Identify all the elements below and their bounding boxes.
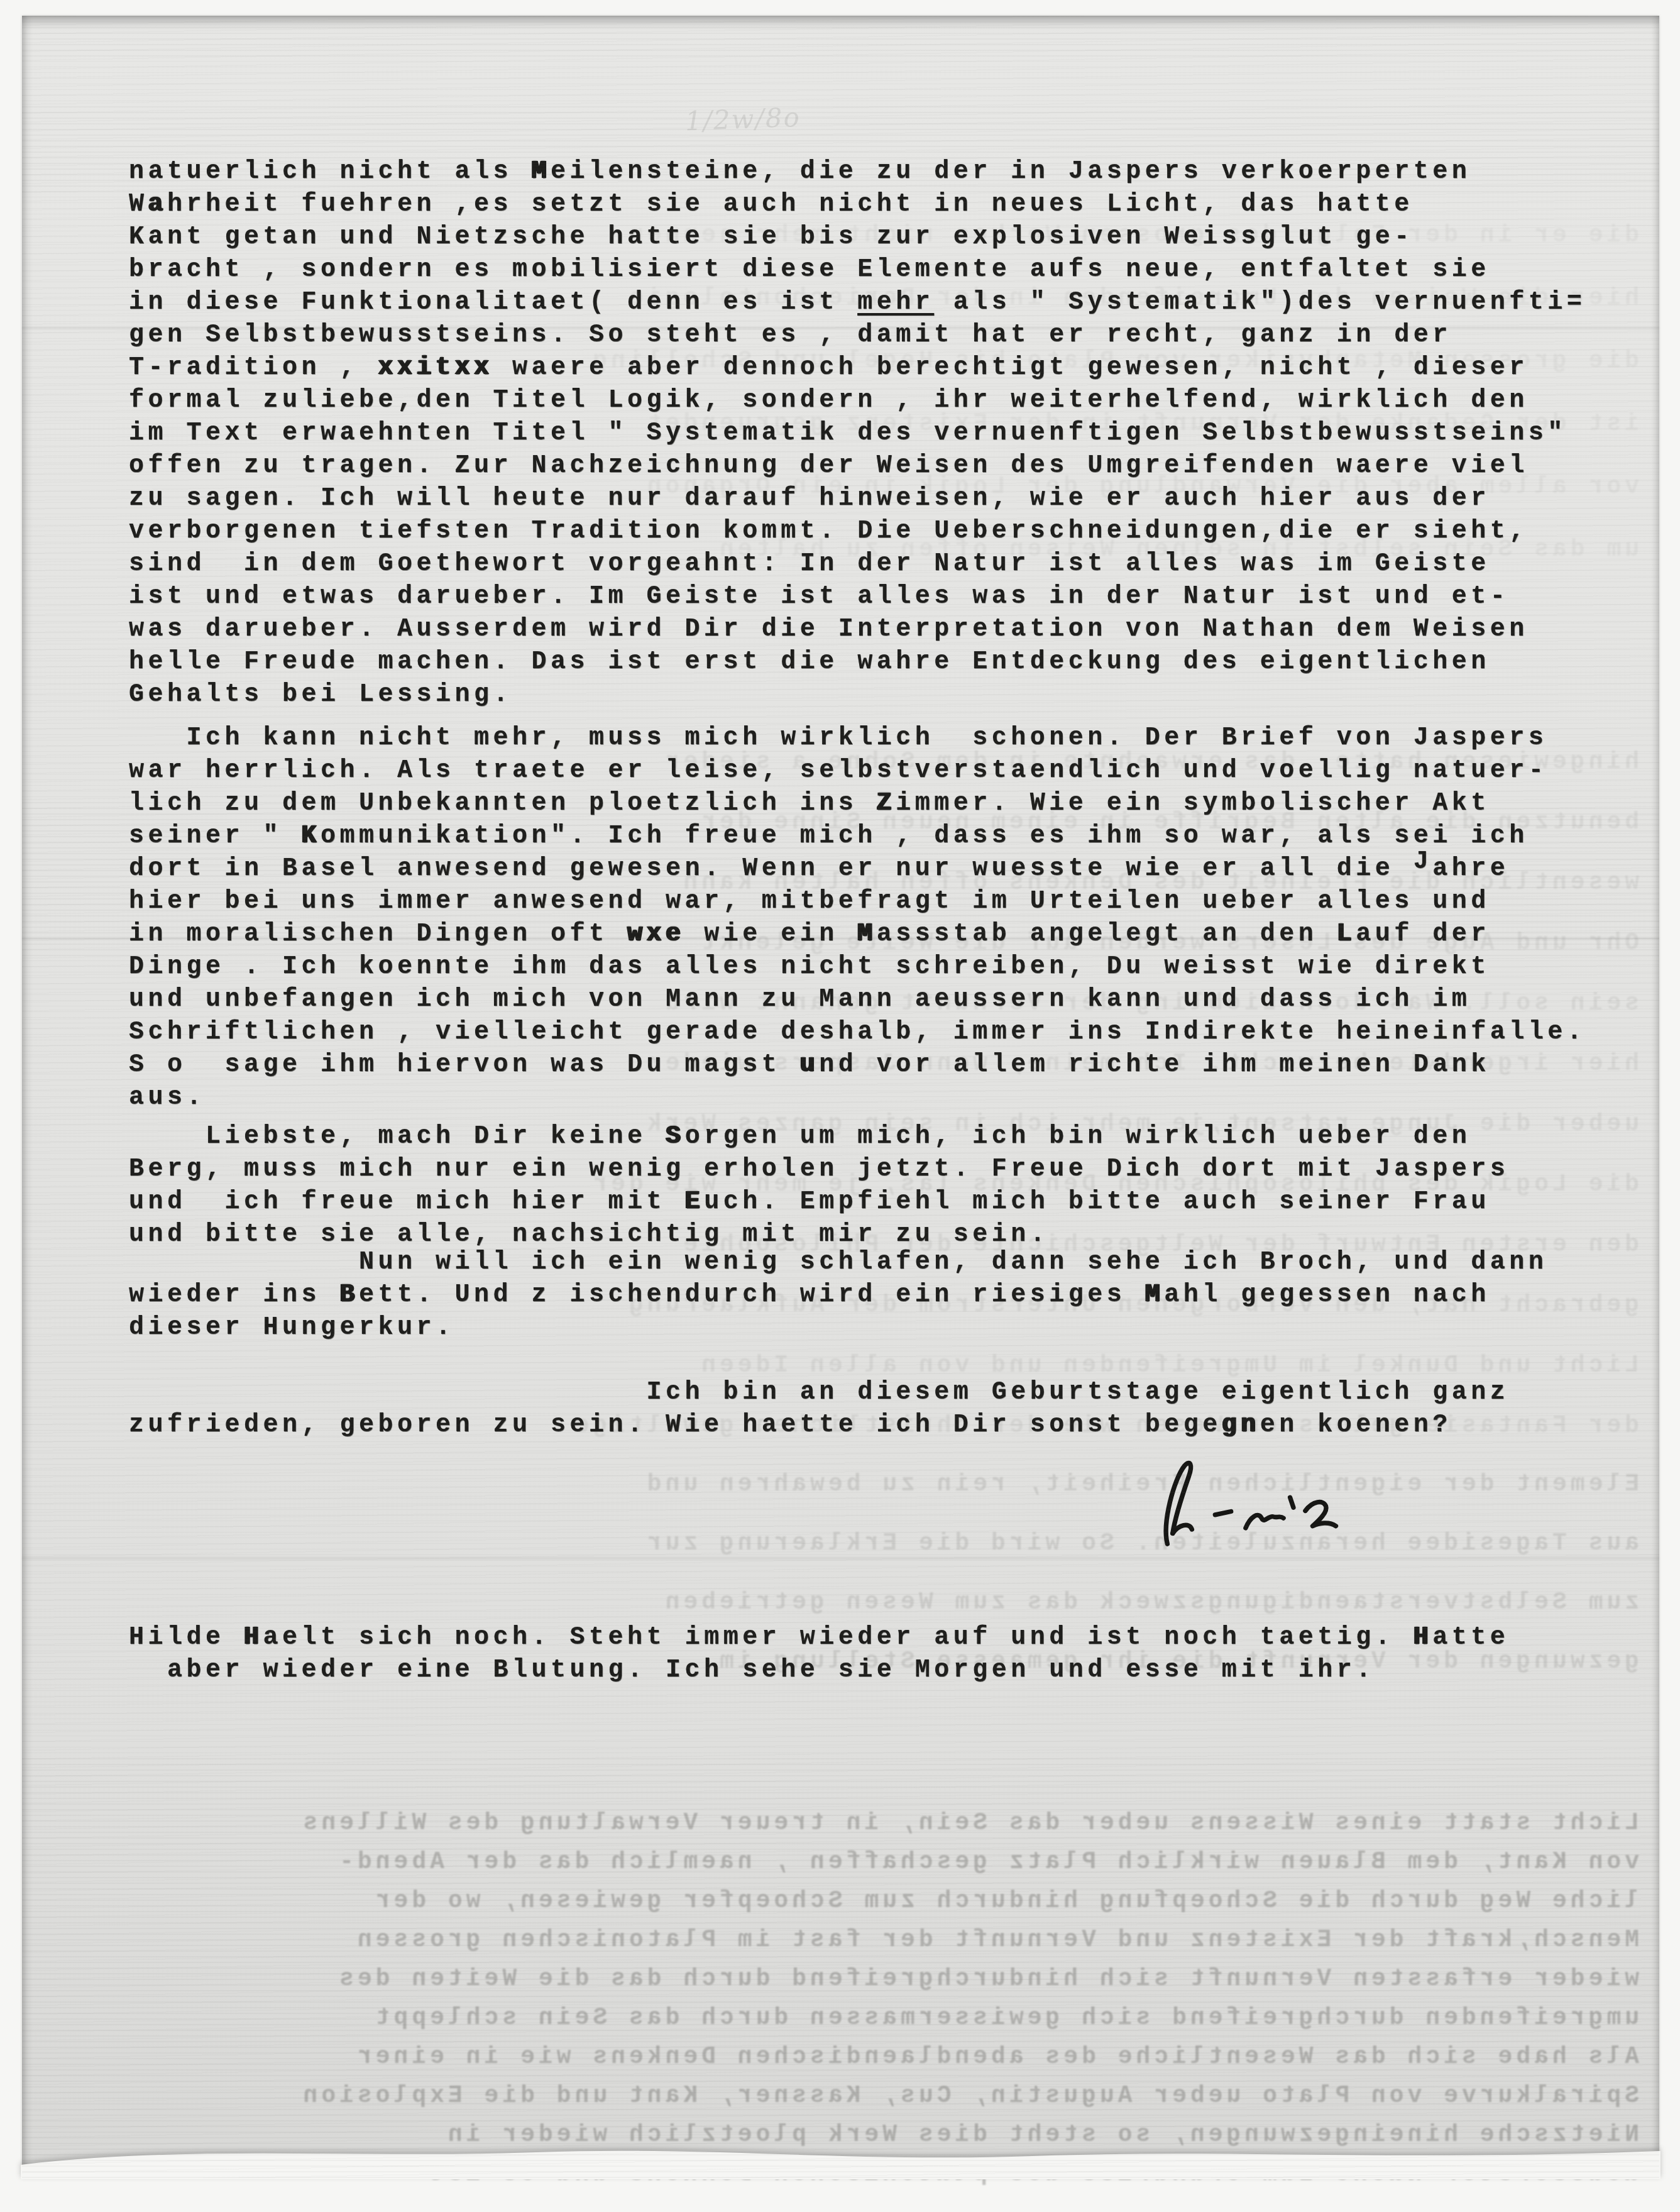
typed-line: helle Freude machen. Das ist erst die wa… [129, 646, 1586, 679]
bleedthrough-line: umgreifenden durchgreifend sich gewisser… [40, 1999, 1639, 2038]
bleedthrough-line: Licht statt eines Wissens ueber das Sein… [40, 1804, 1639, 1843]
typed-line: gen Selbstbewusstseins. So steht es , da… [129, 319, 1586, 352]
bleedthrough-line: Element der eigentlichen Freiheit, rein … [40, 1455, 1639, 1514]
typed-line: hier bei uns immer anwesend war, mitbefr… [129, 886, 1586, 918]
torn-bottom-edge [21, 2120, 1661, 2179]
typed-line: und ich freue mich hier mit Euch. Empfie… [129, 1186, 1509, 1219]
typed-line: Hilde Haelt sich noch. Steht immer wiede… [129, 1622, 1509, 1654]
typed-line: formal zuliebe,den Titel Logik, sondern … [129, 385, 1586, 417]
typed-line: dieser Hungerkur. [129, 1312, 1547, 1345]
bleedthrough-line: liche Weg durch die Schoepfung hindurch … [40, 1882, 1639, 1921]
pencil-annotation: 1/2w/8o [684, 102, 801, 136]
typed-line: Berg, muss mich nur ein wenig erholen je… [129, 1153, 1509, 1186]
paragraph-6: Hilde Haelt sich noch. Steht immer wiede… [129, 1622, 1509, 1687]
typed-line: und unbefangen ich mich von Mann zu Mann… [129, 984, 1586, 1016]
bleedthrough-line: Als habe sich das Wesentliche des abendl… [40, 2038, 1639, 2077]
typed-line: in moralischen Dingen oft wxe wie ein Ma… [129, 918, 1586, 951]
typed-line: zu sagen. Ich will heute nur darauf hinw… [129, 483, 1586, 515]
typed-line: Liebste, mach Dir keine Sorgen um mich, … [129, 1121, 1509, 1153]
typed-line: Nun will ich ein wenig schlafen, dann se… [129, 1246, 1547, 1279]
typed-line: Schriftlichen , vielleicht gerade deshal… [129, 1016, 1586, 1049]
typed-line: T-radition , xxitxx waere aber dennoch b… [129, 352, 1586, 385]
typed-line: sind in dem Goethewort vorgeahnt: In der… [129, 548, 1586, 581]
paragraph-1: natuerlich nicht als Meilensteine, die z… [129, 156, 1586, 712]
bleedthrough-line: Spiralkurve von Plato ueber Augustin, Cu… [40, 2077, 1639, 2116]
typed-line: in diese Funktionalitaet( denn es ist me… [129, 287, 1586, 319]
paragraph-5: Ich bin an diesem Geburtstage eigentlich… [129, 1377, 1509, 1442]
typed-line: S o sage ihm hiervon was Du magst und vo… [129, 1049, 1586, 1082]
paragraph-2: Ich kann nicht mehr, muss mich wirklich … [129, 722, 1586, 1114]
paragraph-4: Nun will ich ein wenig schlafen, dann se… [129, 1246, 1547, 1345]
bleedthrough-line: von Kant, dem Blauen wirklich Platz gesc… [40, 1843, 1639, 1882]
handwritten-signature [1116, 1458, 1354, 1553]
scan-streak [22, 1557, 1659, 1560]
typed-line: natuerlich nicht als Meilensteine, die z… [129, 156, 1586, 189]
typed-line: aber wieder eine Blutung. Ich sehe sie M… [129, 1654, 1509, 1687]
typed-line: im Text erwaehnten Titel " Systematik de… [129, 417, 1586, 450]
typed-line: aus. [129, 1082, 1586, 1114]
typed-line: wieder ins Bett. Und z ischendurch wird … [129, 1279, 1547, 1312]
letter-page: die er in der Folge des grossen Werkes n… [22, 16, 1659, 2178]
typed-line: ist und etwas darueber. Im Geiste ist al… [129, 581, 1586, 614]
typed-line: zufrieden, geboren zu sein. Wie haette i… [129, 1409, 1509, 1442]
typed-line: Dinge . Ich koennte ihm das alles nicht … [129, 951, 1586, 984]
bleedthrough-line: Mensch,kraft der Existenz und Vernunft d… [40, 1921, 1639, 1960]
typed-line: bracht , sondern es mobilisiert diese El… [129, 254, 1586, 287]
typed-line: seiner " Kommunikation". Ich freue mich … [129, 820, 1586, 853]
typed-line: war herrlich. Als traete er leise, selbs… [129, 755, 1586, 788]
typed-line: Ich kann nicht mehr, muss mich wirklich … [129, 722, 1586, 755]
typed-line: lich zu dem Unbekannten ploetzlich ins Z… [129, 788, 1586, 820]
paragraph-3: Liebste, mach Dir keine Sorgen um mich, … [129, 1121, 1509, 1252]
typed-line: dort in Basel anwesend gewesen. Wenn er … [129, 853, 1586, 886]
typed-line: Gehalts bei Lessing. [129, 679, 1586, 712]
typed-line: offen zu tragen. Zur Nachzeichnung der W… [129, 450, 1586, 483]
typed-line: was darueber. Ausserdem wird Dir die Int… [129, 614, 1586, 646]
bleedthrough-line: aus Tagesidee heranzuleiten. So wird die… [40, 1514, 1639, 1573]
typed-line: Wahrheit fuehren ,es setzt sie auch nich… [129, 189, 1586, 221]
bleedthrough-line: wieder erfassten Vernunft sich hindurchg… [40, 1960, 1639, 1999]
typed-line: Kant getan und Nietzsche hatte sie bis z… [129, 221, 1586, 254]
typed-line: verborgenen tiefsten Tradition kommt. Di… [129, 515, 1586, 548]
typed-line: Ich bin an diesem Geburtstage eigentlich… [129, 1377, 1509, 1409]
